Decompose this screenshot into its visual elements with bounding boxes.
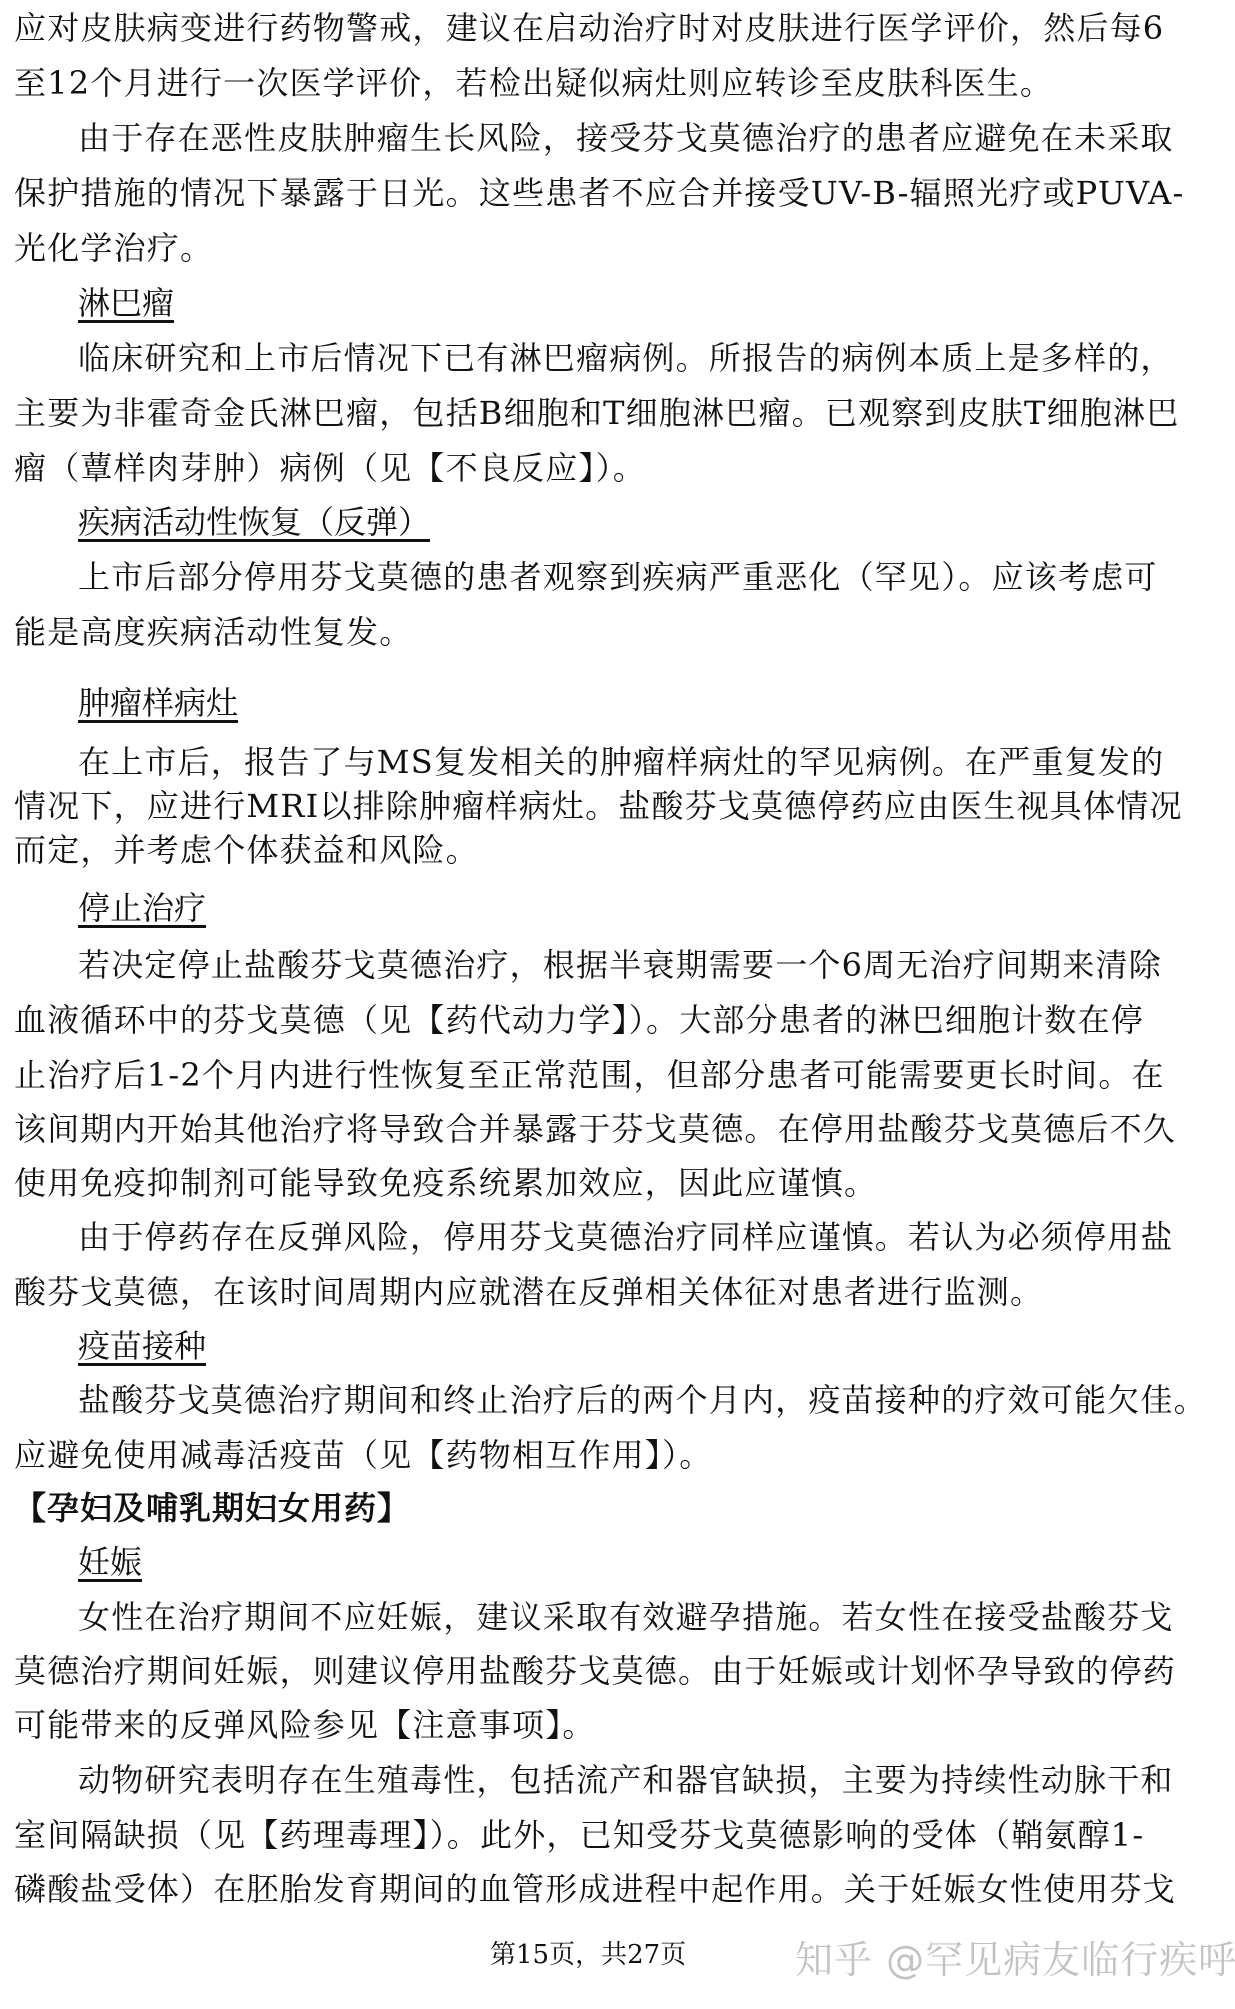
subheading-stopping-therapy: 停止治疗 bbox=[78, 888, 206, 928]
watermark: 知乎 @罕见病友临行疾呼 bbox=[795, 1938, 1235, 1982]
body-line: 临床研究和上市后情况下已有淋巴瘤病例。所报告的病例本质上是多样的， bbox=[78, 338, 1235, 378]
body-line: 至12个月进行一次医学评价，若检出疑似病灶则应转诊至皮肤科医生。 bbox=[14, 63, 1174, 103]
body-line: 止治疗后1-2个月内进行性恢复至正常范围，但部分患者可能需要更长时间。在 bbox=[14, 1055, 1174, 1095]
body-line: 由于存在恶性皮肤肿瘤生长风险，接受芬戈莫德治疗的患者应避免在未采取 bbox=[78, 118, 1235, 158]
subheading-rebound: 疾病活动性恢复（反弹） bbox=[78, 502, 430, 542]
body-line: 在上市后，报告了与MS复发相关的肿瘤样病灶的罕见病例。在严重复发的 bbox=[78, 742, 1235, 782]
section-heading-pregnancy-lactation: 【孕妇及哺乳期妇女用药】 bbox=[14, 1488, 410, 1528]
body-line: 该间期内开始其他治疗将导致合并暴露于芬戈莫德。在停用盐酸芬戈莫德后不久 bbox=[14, 1109, 1174, 1149]
body-line: 动物研究表明存在生殖毒性，包括流产和器官缺损，主要为持续性动脉干和 bbox=[78, 1760, 1235, 1800]
subheading-lymphoma: 淋巴瘤 bbox=[78, 283, 174, 323]
subheading-tumefactive-lesions: 肿瘤样病灶 bbox=[78, 683, 238, 723]
body-line: 应对皮肤病变进行药物警戒，建议在启动治疗时对皮肤进行医学评价，然后每6 bbox=[14, 8, 1174, 48]
body-line: 应避免使用减毒活疫苗（见【药物相互作用】）。 bbox=[14, 1435, 1174, 1475]
body-line: 莫德治疗期间妊娠，则建议停用盐酸芬戈莫德。由于妊娠或计划怀孕导致的停药 bbox=[14, 1651, 1174, 1691]
body-line: 主要为非霍奇金氏淋巴瘤，包括B细胞和T细胞淋巴瘤。已观察到皮肤T细胞淋巴 bbox=[14, 393, 1174, 433]
document-page: 应对皮肤病变进行药物警戒，建议在启动治疗时对皮肤进行医学评价，然后每6 至12个… bbox=[0, 0, 1235, 2009]
page-number: 第15页，共27页 bbox=[490, 1938, 686, 1972]
body-line: 可能带来的反弹风险参见【注意事项】。 bbox=[14, 1705, 1174, 1745]
body-line: 瘤（蕈样肉芽肿）病例（见【不良反应】）。 bbox=[14, 448, 1174, 488]
subheading-vaccination: 疫苗接种 bbox=[78, 1326, 206, 1366]
body-line: 上市后部分停用芬戈莫德的患者观察到疾病严重恶化（罕见）。应该考虑可 bbox=[78, 557, 1235, 597]
body-line: 而定，并考虑个体获益和风险。 bbox=[14, 830, 1174, 870]
body-line: 磷酸盐受体）在胚胎发育期间的血管形成进程中起作用。关于妊娠女性使用芬戈 bbox=[14, 1869, 1174, 1909]
body-line: 情况下，应进行MRI以排除肿瘤样病灶。盐酸芬戈莫德停药应由医生视具体情况 bbox=[14, 786, 1174, 826]
body-line: 由于停药存在反弹风险，停用芬戈莫德治疗同样应谨慎。若认为必须停用盐 bbox=[78, 1217, 1235, 1257]
body-line: 女性在治疗期间不应妊娠，建议采取有效避孕措施。若女性在接受盐酸芬戈 bbox=[78, 1597, 1235, 1637]
body-line: 使用免疫抑制剂可能导致免疫系统累加效应，因此应谨慎。 bbox=[14, 1163, 1174, 1203]
body-line: 盐酸芬戈莫德治疗期间和终止治疗后的两个月内，疫苗接种的疗效可能欠佳。 bbox=[78, 1380, 1235, 1420]
body-line: 室间隔缺损（见【药理毒理】）。此外，已知受芬戈莫德影响的受体（鞘氨醇1- bbox=[14, 1815, 1174, 1855]
body-line: 血液循环中的芬戈莫德（见【药代动力学】）。大部分患者的淋巴细胞计数在停 bbox=[14, 1000, 1174, 1040]
body-line: 能是高度疾病活动性复发。 bbox=[14, 612, 1174, 652]
body-line: 保护措施的情况下暴露于日光。这些患者不应合并接受UV-B-辐照光疗或PUVA- bbox=[14, 173, 1174, 213]
subheading-pregnancy: 妊娠 bbox=[78, 1542, 142, 1582]
body-line: 酸芬戈莫德，在该时间周期内应就潜在反弹相关体征对患者进行监测。 bbox=[14, 1272, 1174, 1312]
body-line: 若决定停止盐酸芬戈莫德治疗，根据半衰期需要一个6周无治疗间期来清除 bbox=[78, 945, 1235, 985]
body-line: 光化学治疗。 bbox=[14, 228, 1174, 268]
